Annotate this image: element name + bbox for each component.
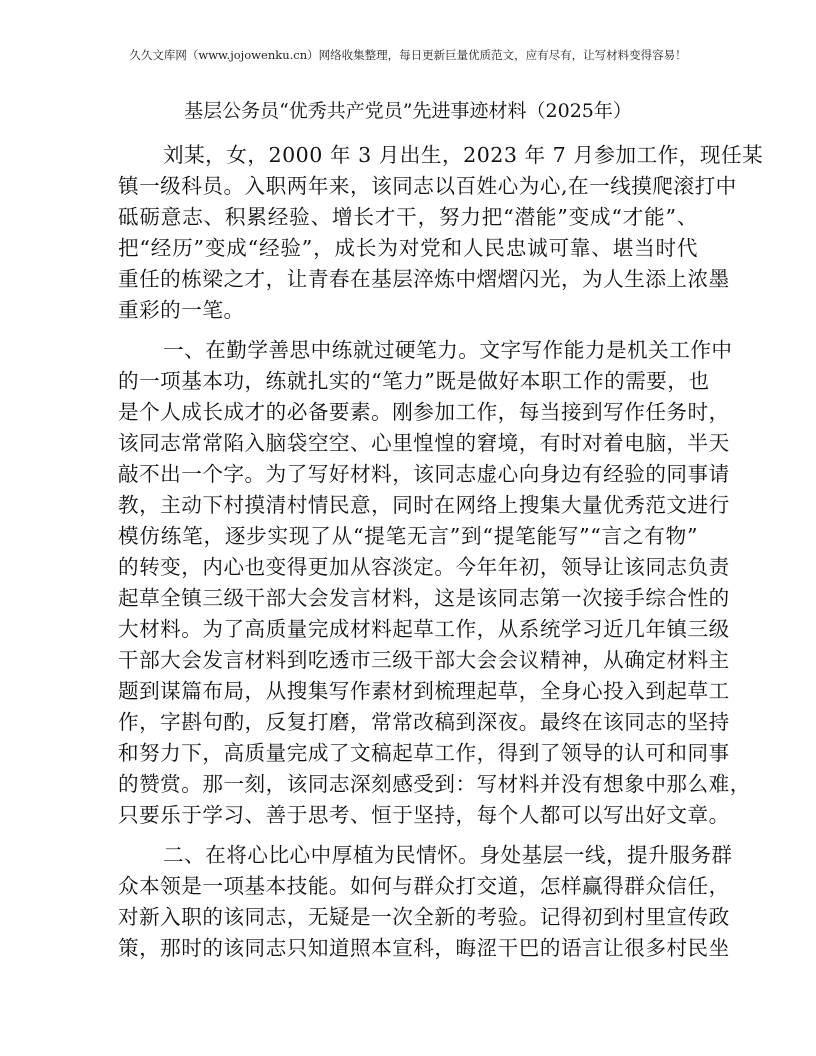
text-line: 干部大会发言材料到吃透市三级干部大会会议精神，从确定材料主 xyxy=(118,645,698,676)
text-line: 模仿练笔，逐步实现了从“提笔无言”到“提笔能写”“言之有物” xyxy=(118,521,698,552)
document-body: 刘某，女，2000 年 3 月出生，2023 年 7 月参加工作，现任某 镇一级… xyxy=(118,140,698,964)
document-title: 基层公务员“优秀共产党员”先进事迹材料（2025年） xyxy=(80,96,736,126)
text-line: 众本领是一项基本技能。如何与群众打交道，怎样赢得群众信任， xyxy=(118,871,698,902)
header-note: 久久文库网（www.jojowenku.cn）网络收集整理，每日更新巨量优质范文… xyxy=(100,47,716,64)
text-line: 题到谋篇布局，从搜集写作素材到梳理起草，全身心投入到起草工 xyxy=(118,676,698,707)
text-line: 起草全镇三级干部大会发言材料，这是该同志第一次接手综合性的 xyxy=(118,583,698,614)
text-line: 策，那时的该同志只知道照本宣科，晦涩干巴的语言让很多村民坐 xyxy=(118,933,698,964)
text-line: 是个人成长成才的必备要素。刚参加工作，每当接到写作任务时， xyxy=(118,397,698,428)
text-line: 二、在将心比心中厚植为民情怀。身处基层一线，提升服务群 xyxy=(118,840,698,871)
paragraph-section-2: 二、在将心比心中厚植为民情怀。身处基层一线，提升服务群 众本领是一项基本技能。如… xyxy=(118,840,698,964)
text-line: 只要乐于学习、善于思考、恒于坚持，每个人都可以写出好文章。 xyxy=(118,800,698,831)
text-line: 教，主动下村摸清村情民意，同时在网络上搜集大量优秀范文进行 xyxy=(118,490,698,521)
text-line: 重彩的一笔。 xyxy=(118,295,698,326)
text-line: 的转变，内心也变得更加从容淡定。今年年初，领导让该同志负责 xyxy=(118,552,698,583)
text-line: 把“经历”变成“经验”，成长为对党和人民忠诚可靠、堪当时代 xyxy=(118,233,698,264)
text-line: 大材料。为了高质量完成材料起草工作，从系统学习近几年镇三级 xyxy=(118,614,698,645)
text-line: 该同志常常陷入脑袋空空、心里惶惶的窘境，有时对着电脑，半天 xyxy=(118,428,698,459)
text-line: 砥砺意志、积累经验、增长才干，努力把“潜能”变成“才能”、 xyxy=(118,202,698,233)
paragraph-intro: 刘某，女，2000 年 3 月出生，2023 年 7 月参加工作，现任某 镇一级… xyxy=(118,140,698,326)
text-line: 一、在勤学善思中练就过硬笔力。文字写作能力是机关工作中 xyxy=(118,335,698,366)
paragraph-section-1: 一、在勤学善思中练就过硬笔力。文字写作能力是机关工作中 的一项基本功，练就扎实的… xyxy=(118,335,698,831)
text-line: 敲不出一个字。为了写好材料，该同志虚心向身边有经验的同事请 xyxy=(118,459,698,490)
text-line: 的一项基本功，练就扎实的“笔力”既是做好本职工作的需要，也 xyxy=(118,366,698,397)
text-line: 作，字斟句酌，反复打磨，常常改稿到深夜。最终在该同志的坚持 xyxy=(118,707,698,738)
text-line: 对新入职的该同志，无疑是一次全新的考验。记得初到村里宣传政 xyxy=(118,902,698,933)
text-line: 重任的栋梁之才，让青春在基层淬炼中熠熠闪光，为人生添上浓墨 xyxy=(118,264,698,295)
text-line: 刘某，女，2000 年 3 月出生，2023 年 7 月参加工作，现任某 xyxy=(118,140,698,171)
text-line: 的赞赏。那一刻，该同志深刻感受到：写材料并没有想象中那么难， xyxy=(118,769,698,800)
text-line: 和努力下，高质量完成了文稿起草工作，得到了领导的认可和同事 xyxy=(118,738,698,769)
text-line: 镇一级科员。入职两年来，该同志以百姓心为心,在一线摸爬滚打中 xyxy=(118,171,698,202)
